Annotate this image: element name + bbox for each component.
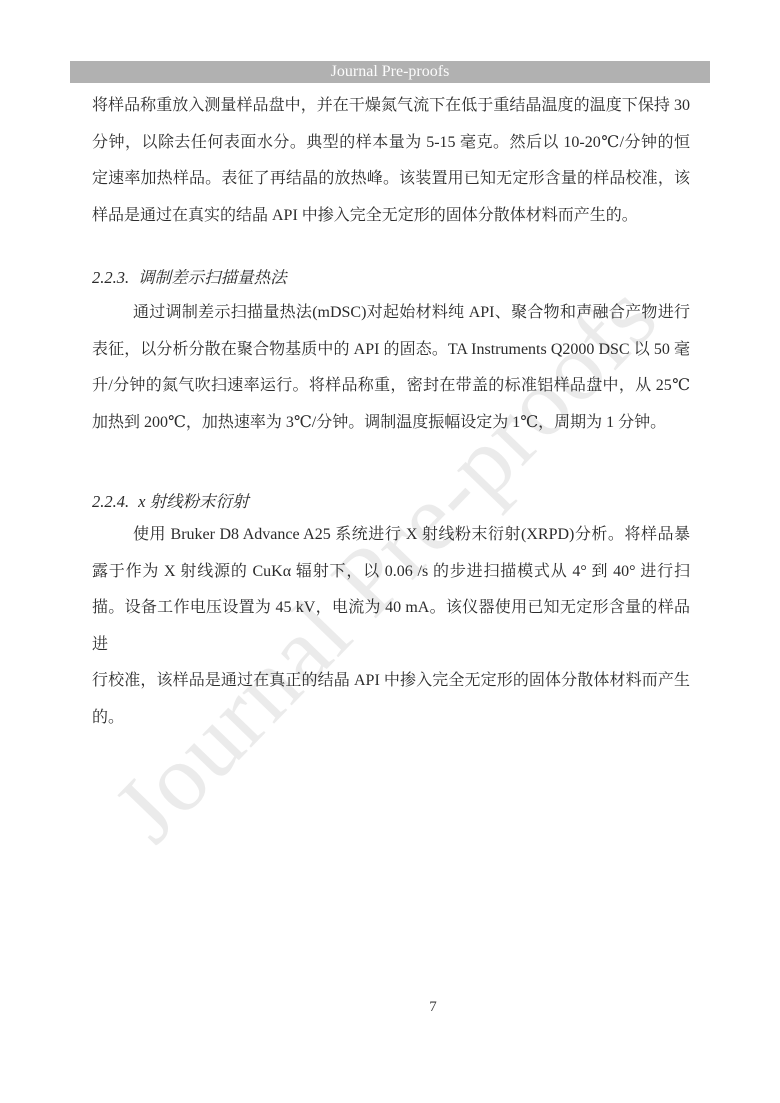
section-number: 2.2.4.	[92, 492, 129, 511]
journal-header-bar: Journal Pre-proofs	[70, 61, 710, 83]
paragraph-mdsc-method: 通过调制差示扫描量热法(mDSC)对起始材料纯 API、聚合物和声融合产物进行 …	[92, 295, 690, 441]
journal-header-title: Journal Pre-proofs	[331, 63, 450, 80]
text-line: 分钟，以除去任何表面水分。典型的样本量为 5-15 毫克。然后以 10-20℃/…	[92, 125, 690, 162]
text-line: 升/分钟的氮气吹扫速率运行。将样品称重，密封在带盖的标准铝样品盘中，从 25℃	[92, 368, 690, 405]
paragraph-dsc-sample-prep: 将样品称重放入测量样品盘中，并在干燥氮气流下在低于重结晶温度的温度下保持 30 …	[92, 88, 690, 234]
text-line: 表征，以分析分散在聚合物基质中的 API 的固态。TA Instruments …	[92, 332, 690, 369]
text-line: 行校准，该样品是通过在真正的结晶 API 中掺入完全无定形的固体分散体材料而产生	[92, 663, 690, 700]
text-line: 定速率加热样品。表征了再结晶的放热峰。该装置用已知无定形含量的样品校准，该	[92, 161, 690, 198]
text-line: 描。设备工作电压设置为 45 kV，电流为 40 mA。该仪器使用已知无定形含量…	[92, 590, 690, 663]
page-number: 7	[420, 999, 446, 1016]
section-title: x 射线粉末衍射	[138, 492, 248, 511]
section-heading-2-2-4: 2.2.4.x 射线粉末衍射	[92, 488, 249, 512]
text-line: 的。	[92, 700, 690, 737]
document-page: Journal Pre-proofs Journal Pre-proofs 将样…	[0, 0, 780, 1103]
text-line: 样品是通过在真实的结晶 API 中掺入完全无定形的固体分散体材料而产生的。	[92, 198, 690, 235]
section-number: 2.2.3.	[92, 268, 129, 287]
text-line: 加热到 200℃，加热速率为 3℃/分钟。调制温度振幅设定为 1℃，周期为 1 …	[92, 405, 690, 442]
text-line: 通过调制差示扫描量热法(mDSC)对起始材料纯 API、聚合物和声融合产物进行	[92, 295, 690, 332]
section-title: 调制差示扫描量热法	[138, 268, 287, 287]
section-heading-2-2-3: 2.2.3.调制差示扫描量热法	[92, 264, 287, 288]
text-line: 将样品称重放入测量样品盘中，并在干燥氮气流下在低于重结晶温度的温度下保持 30	[92, 88, 690, 125]
text-line: 露于作为 X 射线源的 CuKα 辐射下，以 0.06 /s 的步进扫描模式从 …	[92, 554, 690, 591]
paragraph-xrpd-method: 使用 Bruker D8 Advance A25 系统进行 X 射线粉末衍射(X…	[92, 517, 690, 737]
text-line: 使用 Bruker D8 Advance A25 系统进行 X 射线粉末衍射(X…	[92, 517, 690, 554]
